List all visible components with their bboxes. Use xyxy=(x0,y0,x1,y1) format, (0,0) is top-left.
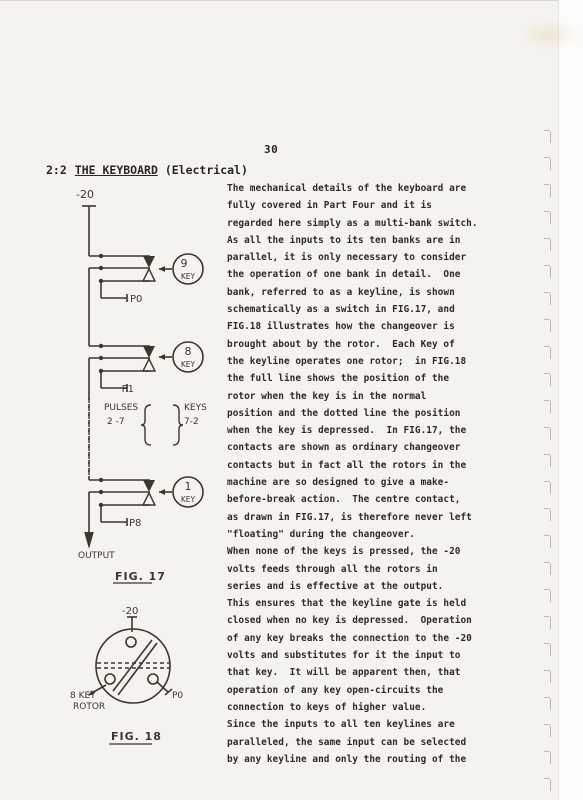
binding-hole-mark xyxy=(544,265,551,278)
binding-hole-mark xyxy=(544,778,551,791)
svg-text:1: 1 xyxy=(185,480,192,493)
binding-hole-mark xyxy=(544,508,551,521)
svg-text:P8: P8 xyxy=(129,518,141,529)
figures: -20 9 KEY P0 8 KEY P1 PULSES 2 -7 KEYS 7… xyxy=(0,0,583,800)
supply-label: -20 xyxy=(76,188,94,201)
binding-hole-mark xyxy=(544,670,551,683)
binding-hole-mark xyxy=(544,562,551,575)
svg-text:KEY: KEY xyxy=(181,360,196,369)
binding-hole-mark xyxy=(544,130,551,143)
binding-hole-mark xyxy=(544,346,551,359)
binding-hole-mark xyxy=(544,481,551,494)
svg-text:8 KEY: 8 KEY xyxy=(70,691,96,701)
svg-text:KEY: KEY xyxy=(181,272,196,281)
svg-text:-20: -20 xyxy=(122,606,138,617)
svg-text:PULSES: PULSES xyxy=(104,403,138,413)
binding-hole-mark xyxy=(544,157,551,170)
svg-text:FIG. 17: FIG. 17 xyxy=(115,570,166,583)
svg-text:ROTOR: ROTOR xyxy=(73,702,105,712)
svg-text:P0: P0 xyxy=(172,691,183,701)
svg-text:OUTPUT: OUTPUT xyxy=(78,551,115,561)
svg-text:KEY: KEY xyxy=(181,495,196,504)
binding-hole-mark xyxy=(544,292,551,305)
binding-hole-mark xyxy=(544,238,551,251)
fig17-contacts xyxy=(99,254,165,507)
binding-hole-mark xyxy=(544,535,551,548)
svg-text:2 -7: 2 -7 xyxy=(107,417,125,427)
svg-text:8: 8 xyxy=(185,345,192,358)
binding-hole-mark xyxy=(544,751,551,764)
svg-text:9: 9 xyxy=(181,257,188,270)
svg-text:7-2: 7-2 xyxy=(184,417,199,427)
binding-hole-mark xyxy=(544,184,551,197)
binding-hole-mark xyxy=(544,589,551,602)
binding-hole-mark xyxy=(544,211,551,224)
binding-hole-mark xyxy=(544,373,551,386)
binding-hole-mark xyxy=(544,454,551,467)
svg-text:KEYS: KEYS xyxy=(184,403,207,413)
binding-hole-mark xyxy=(544,616,551,629)
fig18-labels: -20 8 KEY ROTOR P0 FIG. 18 xyxy=(70,606,183,743)
fig17-labels: -20 9 KEY P0 8 KEY P1 PULSES 2 -7 KEYS 7… xyxy=(76,188,207,583)
svg-text:P1: P1 xyxy=(122,384,134,395)
svg-text:P0: P0 xyxy=(130,294,142,305)
binding-hole-mark xyxy=(544,400,551,413)
binding-hole-mark xyxy=(544,724,551,737)
binding-hole-mark xyxy=(544,427,551,440)
svg-text:FIG. 18: FIG. 18 xyxy=(111,730,162,743)
binding-hole-mark xyxy=(544,319,551,332)
fig18-diagram xyxy=(90,617,172,703)
binding-hole-mark xyxy=(544,697,551,710)
binding-hole-mark xyxy=(544,643,551,656)
